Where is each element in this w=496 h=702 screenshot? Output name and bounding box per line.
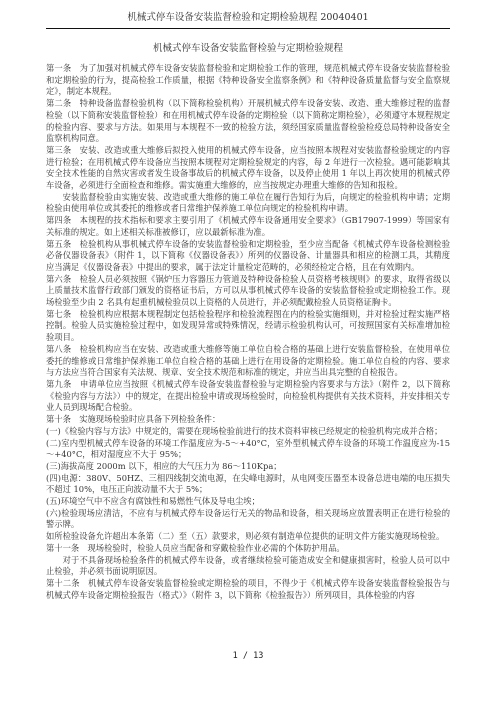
article-10-item-2: (二)室内型机械式停车设备的环境工作温度应为-5～+40°C，室外型机械式停车设…	[46, 438, 450, 461]
article-10-item-5: (五)环境空气中不应含有腐蚀性和易燃性气体及导电尘埃；	[46, 496, 450, 508]
article-10: 第十条 实施现场检验时应具备下列检验条件：	[46, 414, 450, 426]
article-12: 第十二条 机械式停车设备安装监督检验或定期检验的项目，不得少于《机械式停车设备安…	[46, 578, 450, 601]
document-title: 机械式停车设备安装监督检验与定期检验规程	[46, 43, 450, 55]
article-8: 第八条 检验机构应当在安装、改造或重大维修等施工单位自检合格的基础上进行安装监督…	[46, 344, 450, 379]
article-2: 第二条 特种设备监督检验机构（以下简称检验机构）开展机械式停车设备安装、改造、重…	[46, 98, 450, 145]
article-3: 第三条 安装、改造或重大维修后拟投入使用的机械式停车设备，应当按照本规程对安装监…	[46, 145, 450, 192]
article-10-item-3: (三)海拔高度 2000m 以下，相应的大气压力为 86～110Kpa；	[46, 461, 450, 473]
article-10-item-1: (一)《检验内容与方法》中规定的，需要在现场检验前进行的技术资料审核已经规定的检…	[46, 426, 450, 438]
article-10-item-4: (四)电源：380V、50HZ、三相四线制交流电源，在尖峰电源时，从电网变压器至…	[46, 473, 450, 496]
article-10-note: 如所检验设备允许超出本条第（二）至（五）款要求，则必须有制造单位提供的证明文件方…	[46, 531, 450, 543]
article-1: 第一条 为了加强对机械式停车设备安装监督检验和定期检验工作的管理，规范机械式停车…	[46, 63, 450, 98]
article-11: 第十一条 现场检验时，检验人员应当配备和穿戴检验作业必需的个体防护用品。	[46, 543, 450, 555]
page-number: 1 / 13	[0, 651, 496, 661]
article-7: 第七条 检验机构应根据本规程制定包括检验程序和检验流程图在内的检验实施细则，并对…	[46, 309, 450, 344]
article-11-continuation: 对于不具备现场检验条件的机械式停车设备，或者继续检验可能造成安全和健康损害时，检…	[46, 555, 450, 578]
running-header: 机械式停车设备安装监督检验和定期检验规程 20040401	[46, 12, 450, 24]
article-4: 第四条 本规程的技术指标和要求主要引用了《机械式停车设备通用安全要求》（GB17…	[46, 215, 450, 238]
article-3-continuation: 安装监督检验由实施安装、改造或重大维修的施工单位在履行告知行为后，向规定的检验机…	[46, 192, 450, 215]
article-9: 第九条 申请单位应当按照《机械式停车设备安装监督检验与定期检验内容要求与方法》（…	[46, 379, 450, 414]
article-5: 第五条 检验机构从事机械式停车设备的安装监督检验和定期检验，至少应当配备《机械式…	[46, 239, 450, 274]
header-divider	[46, 28, 450, 29]
article-6: 第六条 检验人员必须按照《锅炉压力容器压力管道及特种设备检验人员资格考核规则》的…	[46, 274, 450, 309]
document-body: 第一条 为了加强对机械式停车设备安装监督检验和定期检验工作的管理，规范机械式停车…	[46, 63, 450, 601]
article-10-item-6: (六)检验现场应清洁，不应有与机械式停车设备运行无关的物品和设备，相关现场应放置…	[46, 508, 450, 531]
